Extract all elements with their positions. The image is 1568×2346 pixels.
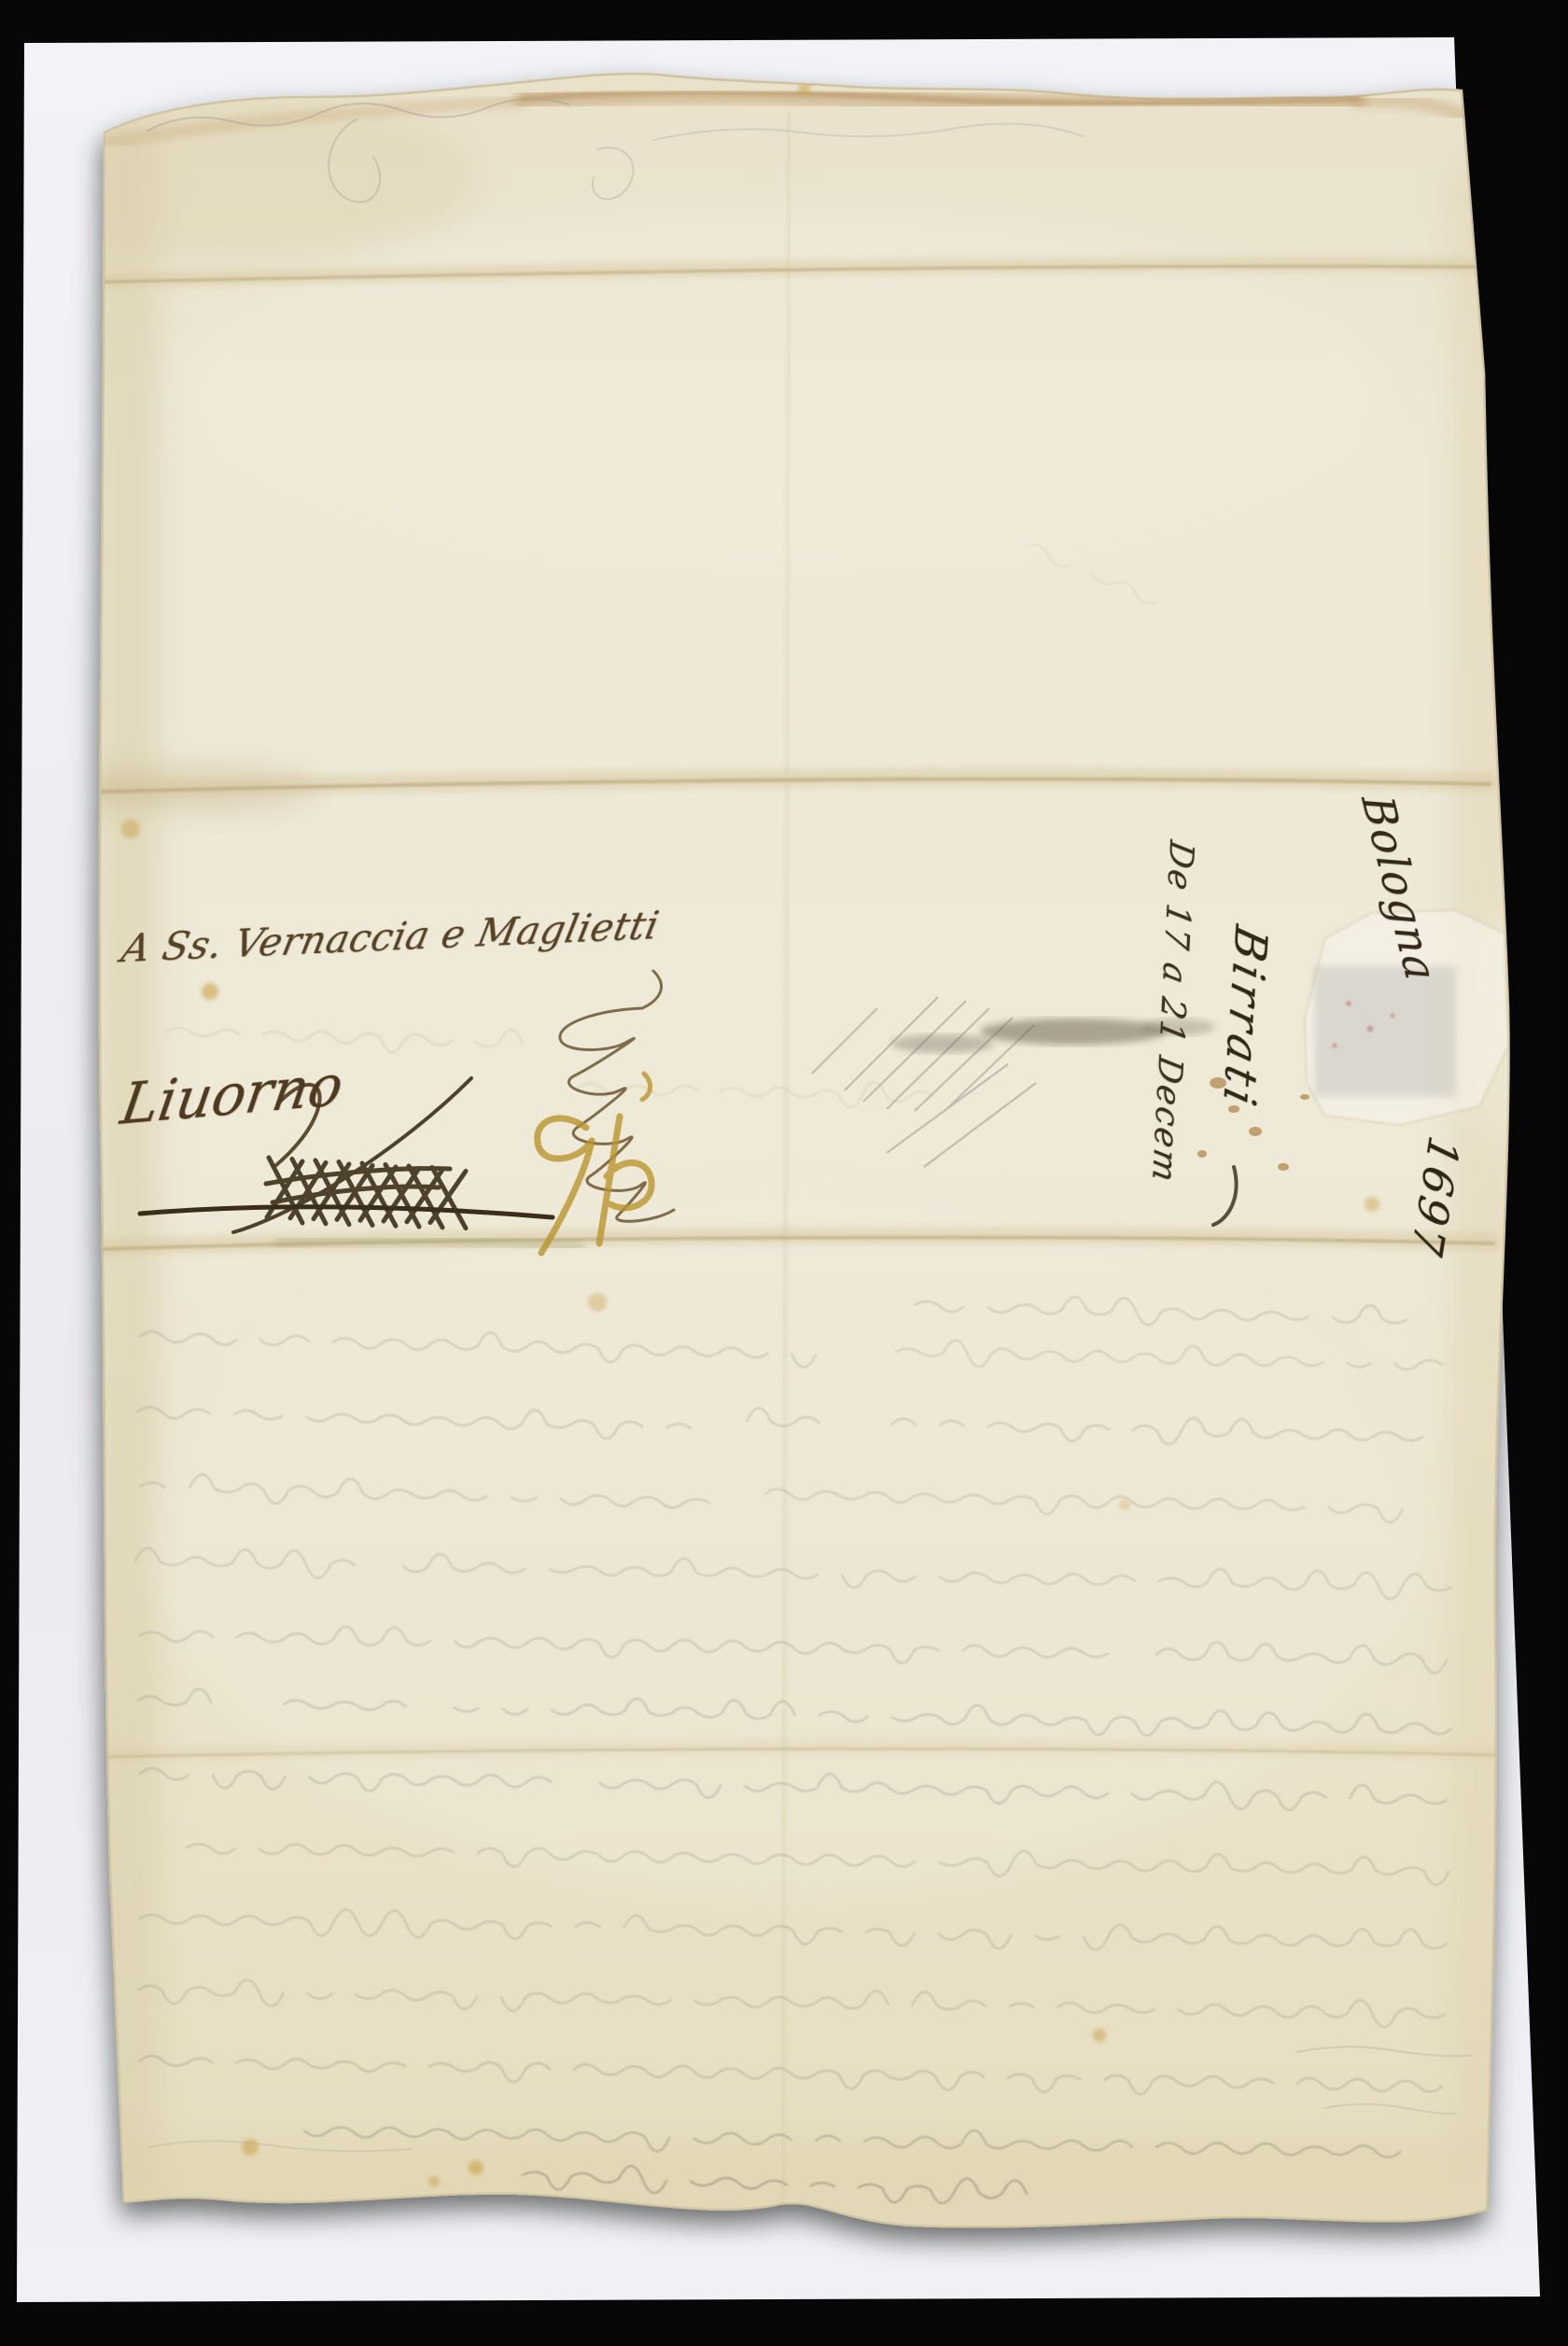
photograph-of-letter: A Ss. Vernaccia e Maglietti Liuorno Bolo… bbox=[0, 0, 1568, 2346]
letter-artwork bbox=[0, 0, 1568, 2346]
